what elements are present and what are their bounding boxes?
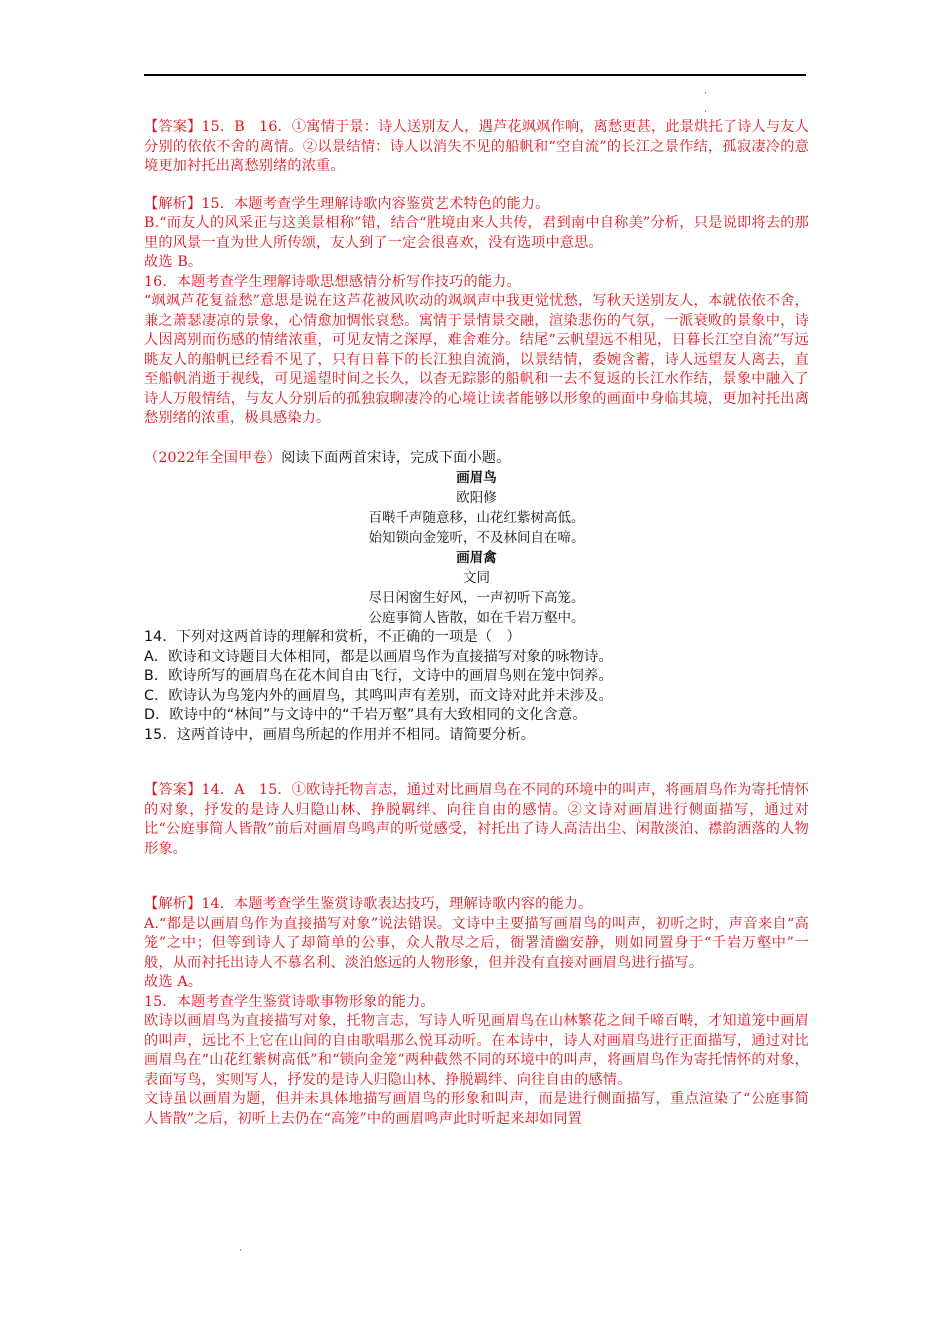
analysis-ou-poem: 欧诗以画眉鸟为直接描写对象，托物言志，写诗人听见画眉鸟在山林繁花之间千啼百啭，才… (144, 1012, 809, 1090)
option-b: B．欧诗所写的画眉鸟在花木间自由飞行，文诗中的画眉鸟则在笼中饲养。 (144, 667, 809, 687)
poem-2-title: 画眉禽 (144, 548, 809, 568)
answer-block-2: 【答案】14．A 15．①欧诗托物言志，通过对比画眉鸟在不同的环境中的叫声，将画… (144, 781, 809, 859)
question-15: 15．这两首诗中，画眉鸟所起的作用并不相同。请简要分析。 (144, 726, 809, 746)
document-content: 【答案】15．B 16．①寓情于景：诗人送别友人，遇芦花飒飒作响，离愁更甚，此景… (144, 118, 809, 1129)
header-rule (144, 74, 806, 76)
option-d: D．欧诗中的“林间”与文诗中的“千岩万壑”具有大致相同的文化含意。 (144, 706, 809, 726)
analysis-choice-a: 故选 A。 (144, 973, 809, 993)
poem-2-line-2: 公庭事简人皆散，如在千岩万壑中。 (144, 608, 809, 628)
poem-2-author: 文同 (144, 568, 809, 588)
analysis-heading-16: 16．本题考查学生理解诗歌思想感情分析写作技巧的能力。 (144, 273, 809, 293)
analysis-wen-poem: 文诗虽以画眉为题，但并未具体地描写画眉鸟的形象和叫声，而是进行侧面描写，重点渲染… (144, 1090, 809, 1129)
question-source: （2022年全国甲卷） (144, 450, 281, 466)
analysis-body-16: “飒飒芦花复益愁”意思是说在这芦花被风吹动的飒飒声中我更觉忧愁，写秋天送别友人，… (144, 292, 809, 429)
poem-1-author: 欧阳修 (144, 488, 809, 508)
poem-2-line-1: 尽日闲窗生好风，一声初听下高笼。 (144, 588, 809, 608)
mark-dot (705, 92, 706, 94)
option-c: C．欧诗认为鸟笼内外的画眉鸟，其鸣叫声有差别，而文诗对此并未涉及。 (144, 687, 809, 707)
option-a: A．欧诗和文诗题目大体相同，都是以画眉鸟作为直接描写对象的咏物诗。 (144, 648, 809, 668)
poem-1-line-2: 始知锁向金笼听，不及林间自在啼。 (144, 528, 809, 548)
question-prompt: 阅读下面两首宋诗，完成下面小题。 (281, 450, 510, 466)
analysis-option-a: A.“都是以画眉鸟作为直接描写对象”说法错误。文诗中主要描写画眉鸟的叫声，初听之… (144, 915, 809, 974)
poem-1-title: 画眉鸟 (144, 468, 809, 488)
mark-dot (240, 1249, 241, 1251)
analysis-choice-b: 故选 B。 (144, 253, 809, 273)
poem-1-line-1: 百啭千声随意移，山花红紫树高低。 (144, 508, 809, 528)
question-14: 14．下列对这两首诗的理解和赏析，不正确的一项是（ ） (144, 628, 809, 648)
analysis-heading-14: 【解析】14．本题考查学生鉴赏诗歌表达技巧，理解诗歌内容的能力。 (144, 895, 809, 915)
answer-block-1: 【答案】15．B 16．①寓情于景：诗人送别友人，遇芦花飒飒作响，离愁更甚，此景… (144, 118, 809, 177)
document-page: 【答案】15．B 16．①寓情于景：诗人送别友人，遇芦花飒飒作响，离愁更甚，此景… (0, 0, 950, 1344)
analysis-heading-15: 【解析】15．本题考查学生理解诗歌内容鉴赏艺术特色的能力。 (144, 195, 809, 215)
mark-dot (705, 110, 706, 112)
analysis-heading-15b: 15．本题考查学生鉴赏诗歌事物形象的能力。 (144, 993, 809, 1013)
question-intro: （2022年全国甲卷）阅读下面两首宋诗，完成下面小题。 (144, 449, 809, 469)
analysis-option-b: B.“而友人的风采正与这美景相称”错，结合“胜境由来人共传，君到南中自称美”分析… (144, 214, 809, 253)
